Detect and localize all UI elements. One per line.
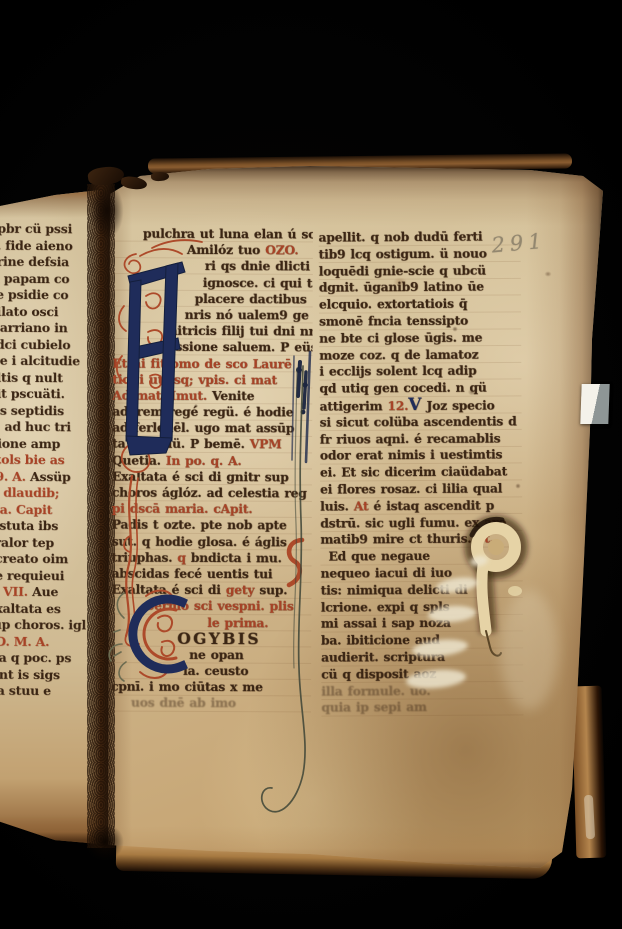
abrasion-sheen (500, 590, 558, 710)
manuscript-photograph: i pbr cü pssi9. fide aienoTrine defsiasi… (0, 0, 622, 929)
bookmark-cord (0, 0, 622, 929)
